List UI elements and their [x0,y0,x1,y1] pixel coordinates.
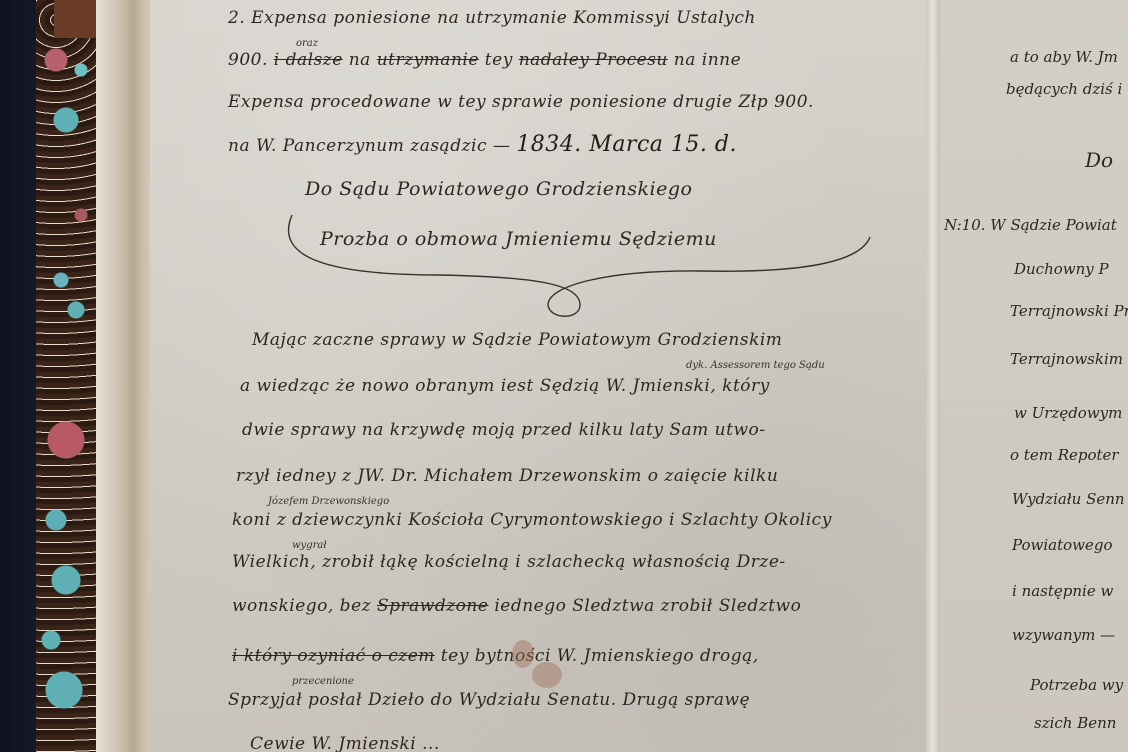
right-page-line: Terrajnowskim [1010,350,1123,368]
text-segment: tey bytności W. Jmienskiego drogą, [441,646,759,666]
manuscript-line-13: wonskiego, bez Sprawdzone iednego Sledzt… [232,596,801,616]
page-fold [926,0,940,752]
right-page-heading: Do [1085,148,1113,172]
right-page-line: o tem Repoter [1010,446,1119,464]
text-segment: na [349,50,371,70]
interlinear-note: Józefem Drzewonskiego [268,496,389,507]
right-page-line: i następnie w [1012,582,1113,600]
right-page-line: wzywanym — [1012,626,1115,644]
right-page-line: w Urzędowym [1014,404,1122,422]
marbled-endpaper [36,0,100,752]
manuscript-line-4: na W. Pancerzynum zasądzic — 1834. Marca… [228,132,737,157]
right-page-line: N:10. W Sądzie Powiat [944,216,1117,234]
right-page-line: szich Benn [1034,714,1116,732]
manuscript-line-14: i który ozyniać o czem tey bytności W. J… [232,646,759,666]
manuscript-line-7: Mając zaczne sprawy w Sądzie Powiatowym … [252,330,782,350]
manuscript-line-11: koni z dziewczynki Kościoła Cyrymontowsk… [232,510,832,530]
manuscript-line-12: Wielkich, zrobił łąkę kościelną i szlach… [232,552,786,572]
manuscript-line-10: rzył iedney z JW. Dr. Michałem Drzewonsk… [236,466,778,486]
ink-stain [532,662,562,688]
text-segment: wonskiego, bez [232,596,371,616]
right-page-line: będących dziś i [1006,80,1122,98]
text-segment: tey [485,50,513,70]
leather-spine-corner [54,0,98,38]
struck-text: i który ozyniać o czem [232,646,435,666]
right-page-line: Duchowny P [1014,260,1109,278]
manuscript-line-8: a wiedząc że nowo obranym iest Sędzią W.… [240,376,770,396]
text-segment: iednego Sledztwa zrobił Sledztwo [494,596,801,616]
ink-stain [512,640,534,668]
struck-text: Sprawdzone [377,596,488,616]
interlinear-note: dyk. Assessorem tego Sądu [686,360,825,371]
manuscript-line-9: dwie sprawy na krzywdę moją przed kilku … [242,420,765,440]
dark-background [0,0,40,752]
interlinear-note: oraz [296,38,318,49]
interlinear-note: wygrał [292,540,327,551]
right-page-line: Potrzeba wy [1030,676,1123,694]
binding-gutter [96,0,158,752]
right-page-line: Wydziału Senn [1012,490,1125,508]
right-page-line: a to aby W. Jm [1010,48,1118,66]
interlinear-note: przecenione [292,676,354,687]
text-segment: 900. [228,50,268,70]
manuscript-line-3: Expensa procedowane w tey sprawie ponies… [228,92,814,112]
struck-text: nadaley Procesu [519,50,668,70]
struck-text: utrzymanie [377,50,479,70]
ornamental-flourish [280,215,900,325]
manuscript-line-15: Sprzyjał posłał Dzieło do Wydziału Senat… [228,690,750,710]
right-page-line: Terrajnowski Pra [1010,302,1128,320]
manuscript-line-1: 2. Expensa poniesione na utrzymanie Komm… [228,8,756,28]
manuscript-line-2: 900. i dalsze na utrzymanie tey nadaley … [228,50,741,70]
text-segment: na inne [674,50,741,70]
date: 1834. Marca 15. d. [516,132,737,157]
text-segment: na W. Pancerzynum zasądzic — [228,136,510,156]
right-page-line: Powiatowego [1012,536,1113,554]
manuscript-line-16: Cewie W. Jmienski ... [250,734,440,752]
struck-text: i dalsze [274,50,343,70]
document-heading-court: Do Sądu Powiatowego Grodzienskiego [305,178,692,200]
